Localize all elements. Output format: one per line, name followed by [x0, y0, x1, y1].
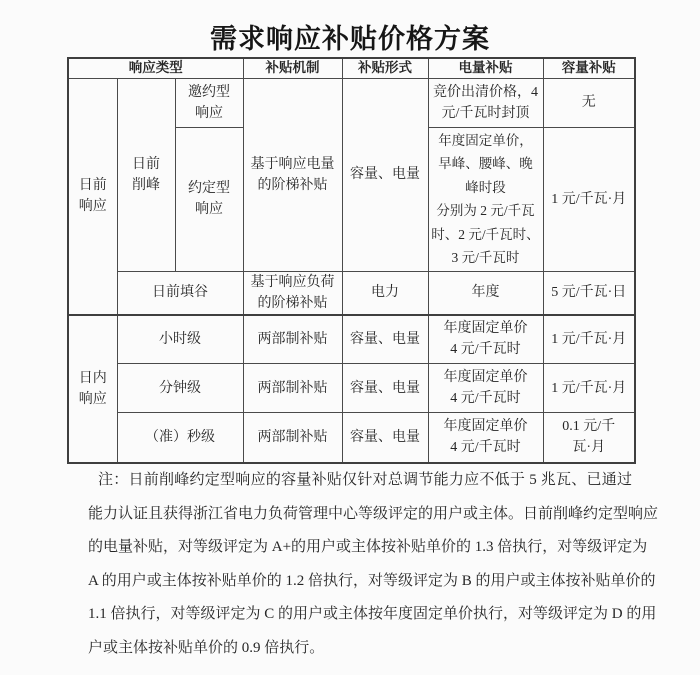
- cell-capacity-valley: 5 元/千瓦·日: [543, 271, 635, 315]
- footnote-line: 户或主体按补贴单价的 0.9 倍执行。: [88, 632, 632, 666]
- cell-capacity-invite: 无: [543, 78, 635, 127]
- cell-day-ahead-peak-cut: 日前 削峰: [117, 78, 175, 271]
- cell-form-power: 电力: [342, 271, 428, 315]
- table-row: 日前填谷 基于响应负荷 的阶梯补贴 电力 年度 5 元/千瓦·日: [68, 271, 635, 315]
- cell-form-capacity-energy-hour: 容量、电量: [342, 315, 428, 364]
- cell-day-ahead-valley-fill: 日前填谷: [117, 271, 243, 315]
- cell-energy-price-hour: 年度固定单价 4 元/千瓦时: [428, 315, 543, 364]
- subsidy-price-table: 响应类型 补贴机制 补贴形式 电量补贴 容量补贴 日前 响应 日前 削峰 邀约型…: [67, 57, 636, 464]
- cell-capacity-minute: 1 元/千瓦·月: [543, 364, 635, 413]
- cell-energy-price-second: 年度固定单价 4 元/千瓦时: [428, 413, 543, 463]
- cell-mech-load-ladder: 基于响应负荷 的阶梯补贴: [243, 271, 342, 315]
- column-header-form: 补贴形式: [342, 58, 428, 78]
- cell-energy-price-agreed: 年度固定单价， 早峰、腰峰、晚 峰时段 分别为 2 元/千瓦 时、2 元/千瓦时…: [428, 127, 543, 271]
- table-row: 日内 响应 小时级 两部制补贴 容量、电量 年度固定单价 4 元/千瓦时 1 元…: [68, 315, 635, 364]
- document-page: 需求响应补贴价格方案 响应类型 补贴机制 补贴形式 电量补贴 容量补贴 日前 响…: [0, 0, 700, 675]
- cell-energy-price-valley: 年度: [428, 271, 543, 315]
- cell-agreed-type-response: 约定型 响应: [175, 127, 243, 271]
- cell-form-capacity-energy: 容量、电量: [342, 78, 428, 271]
- cell-second-level: （准）秒级: [117, 413, 243, 463]
- cell-form-capacity-energy-minute: 容量、电量: [342, 364, 428, 413]
- footnote: 注：日前削峰约定型响应的容量补贴仅针对总调节能力应不低于 5 兆瓦、已通过 能力…: [88, 464, 632, 665]
- column-header-mechanism: 补贴机制: [243, 58, 342, 78]
- cell-energy-price-invite: 竞价出清价格，4 元/千瓦时封顶: [428, 78, 543, 127]
- table-row: 日前 响应 日前 削峰 邀约型 响应 基于响应电量 的阶梯补贴 容量、电量 竞价…: [68, 78, 635, 127]
- cell-mech-energy-ladder: 基于响应电量 的阶梯补贴: [243, 78, 342, 271]
- page-title: 需求响应补贴价格方案: [0, 17, 700, 56]
- cell-capacity-agreed: 1 元/千瓦·月: [543, 127, 635, 271]
- cell-mech-two-part-minute: 两部制补贴: [243, 364, 342, 413]
- table-header-row: 响应类型 补贴机制 补贴形式 电量补贴 容量补贴: [68, 58, 635, 78]
- cell-form-capacity-energy-second: 容量、电量: [342, 413, 428, 463]
- footnote-line: 能力认证且获得浙江省电力负荷管理中心等级评定的用户或主体。日前削峰约定型响应: [88, 498, 632, 532]
- column-header-energy-subsidy: 电量补贴: [428, 58, 543, 78]
- cell-intraday-response: 日内 响应: [68, 315, 117, 463]
- footnote-line: 的电量补贴，对等级评定为 A+的用户或主体按补贴单价的 1.3 倍执行，对等级评…: [88, 531, 632, 565]
- footnote-line: 注：日前削峰约定型响应的容量补贴仅针对总调节能力应不低于 5 兆瓦、已通过: [88, 464, 632, 498]
- cell-mech-two-part-second: 两部制补贴: [243, 413, 342, 463]
- column-header-response-type: 响应类型: [68, 58, 243, 78]
- cell-capacity-hour: 1 元/千瓦·月: [543, 315, 635, 364]
- cell-mech-two-part-hour: 两部制补贴: [243, 315, 342, 364]
- cell-capacity-second: 0.1 元/千 瓦·月: [543, 413, 635, 463]
- cell-minute-level: 分钟级: [117, 364, 243, 413]
- table-row: 分钟级 两部制补贴 容量、电量 年度固定单价 4 元/千瓦时 1 元/千瓦·月: [68, 364, 635, 413]
- column-header-capacity-subsidy: 容量补贴: [543, 58, 635, 78]
- cell-energy-price-minute: 年度固定单价 4 元/千瓦时: [428, 364, 543, 413]
- cell-invite-type-response: 邀约型 响应: [175, 78, 243, 127]
- table-row: （准）秒级 两部制补贴 容量、电量 年度固定单价 4 元/千瓦时 0.1 元/千…: [68, 413, 635, 463]
- footnote-line: A 的用户或主体按补贴单价的 1.2 倍执行，对等级评定为 B 的用户或主体按补…: [88, 565, 632, 599]
- footnote-line: 1.1 倍执行，对等级评定为 C 的用户或主体按年度固定单价执行，对等级评定为 …: [88, 598, 632, 632]
- cell-day-ahead-response: 日前 响应: [68, 78, 117, 315]
- cell-hour-level: 小时级: [117, 315, 243, 364]
